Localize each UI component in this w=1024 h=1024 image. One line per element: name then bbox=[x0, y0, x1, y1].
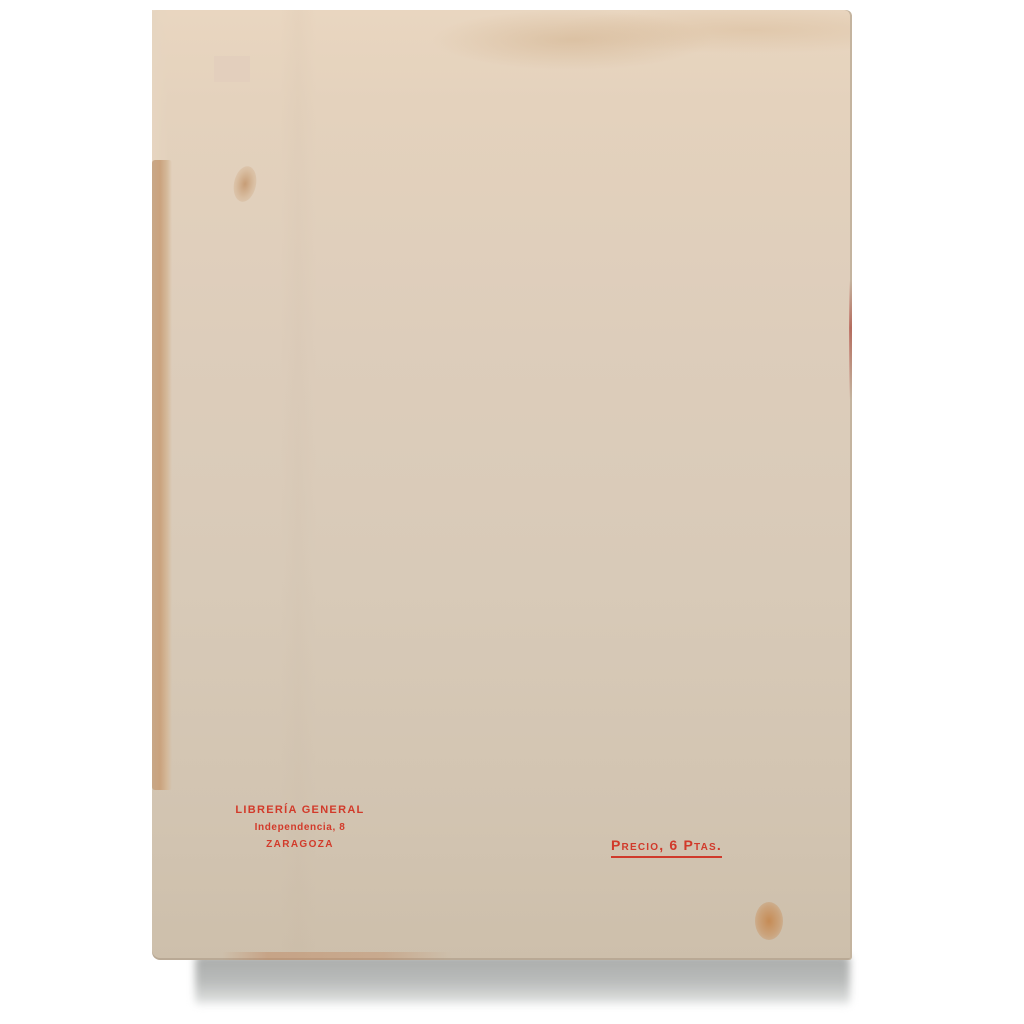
spine-water-stain bbox=[152, 160, 172, 790]
publisher-city: ZARAGOZA bbox=[220, 840, 380, 850]
publisher-name: LIBRERÍA GENERAL bbox=[220, 805, 380, 816]
price-label: Precio, 6 Ptas. bbox=[611, 838, 722, 858]
foxing-stain-bottom bbox=[755, 902, 783, 940]
bottom-edge-wear bbox=[222, 952, 452, 960]
right-edge-red-mark bbox=[849, 280, 852, 400]
foxing-stain-top bbox=[230, 164, 259, 204]
photo-stage: LIBRERÍA GENERAL Independencia, 8 ZARAGO… bbox=[0, 0, 1024, 1024]
publisher-imprint: LIBRERÍA GENERAL Independencia, 8 ZARAGO… bbox=[220, 805, 380, 850]
book-shadow bbox=[195, 955, 850, 1007]
publisher-address: Independencia, 8 bbox=[220, 823, 380, 833]
book-back-cover: LIBRERÍA GENERAL Independencia, 8 ZARAGO… bbox=[152, 10, 852, 960]
spine-edge-highlight bbox=[152, 10, 168, 170]
removed-label-patch bbox=[214, 56, 250, 82]
